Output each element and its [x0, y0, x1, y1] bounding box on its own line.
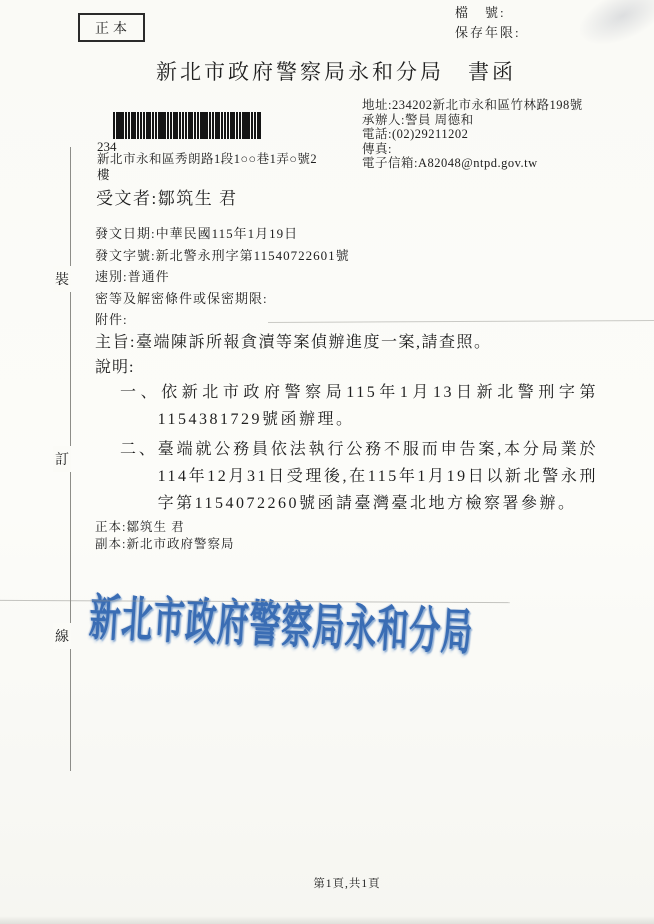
binding-char-zhuang: 裝 [53, 266, 71, 292]
distribution-block: 正本:鄒筑生 君 副本:新北市政府警察局 [95, 519, 234, 553]
recipient-address: 新北市永和區秀朗路1段1○○巷1弄○號2樓 [97, 152, 329, 183]
meta-line-secrecy: 密等及解密條件或保密期限: [95, 288, 350, 310]
scanned-document-page: 正本 檔 號: 保存年限: 新北市政府警察局永和分局 書函 地址:234202新… [0, 0, 654, 924]
cc-copy-line: 副本:新北市政府警察局 [95, 536, 234, 553]
explanation-items: 一、依新北市政府警察局115年1月13日新北警刑字第1154381729號函辦理… [120, 379, 598, 520]
document-meta-block: 發文日期:中華民國115年1月19日 發文字號:新北警永刑字第115407226… [95, 223, 350, 331]
agency-email: 電子信箱:A82048@ntpd.gov.tw [362, 156, 583, 171]
explanation-item-2: 二、臺端就公務員依法執行公務不服而申告案,本分局業於114年12月31日受理後,… [120, 436, 598, 517]
agency-address: 地址:234202新北市永和區竹林路198號 [362, 98, 583, 113]
recipient-line: 受文者:鄒筑生 君 [96, 184, 237, 209]
copy-type-box: 正本 [78, 13, 145, 42]
page-footer: 第1頁,共1頁 [0, 875, 654, 891]
copy-type-label: 正本 [95, 18, 131, 38]
file-number-label: 檔 號: [455, 3, 521, 23]
binding-char-ding: 訂 [53, 446, 71, 472]
binding-char-xian: 線 [53, 623, 71, 649]
meta-line-refno: 發文字號:新北警永刑字第11540722601號 [95, 245, 350, 267]
agency-phone: 電話:(02)29211202 [362, 127, 583, 142]
agency-fax: 傳真: [362, 142, 583, 157]
agency-info-block: 地址:234202新北市永和區竹林路198號 承辦人:警員 周德和 電話:(02… [362, 98, 583, 171]
meta-line-speed: 速別:普通件 [95, 266, 350, 288]
document-title: 新北市政府警察局永和分局 書函 [0, 56, 654, 86]
meta-line-attachment: 附件: [95, 309, 350, 331]
agency-contact: 承辦人:警員 周德和 [362, 113, 583, 128]
explanation-item-1: 一、依新北市政府警察局115年1月13日新北警刑字第1154381729號函辦理… [120, 379, 598, 433]
mailing-barcode [113, 112, 261, 139]
scan-edge-shadow [0, 916, 654, 924]
meta-line-date: 發文日期:中華民國115年1月19日 [95, 223, 350, 245]
original-copy-line: 正本:鄒筑生 君 [95, 519, 234, 536]
retention-label: 保存年限: [455, 23, 521, 43]
agency-stamp: 新北市政府警察局永和分局 [88, 577, 476, 664]
explanation-label: 說明: [95, 354, 134, 377]
archival-labels: 檔 號: 保存年限: [455, 3, 521, 43]
subject-line: 主旨:臺端陳訴所報貪瀆等案偵辦進度一案,請查照。 [95, 329, 491, 352]
scan-artifact-smudge [569, 0, 654, 57]
